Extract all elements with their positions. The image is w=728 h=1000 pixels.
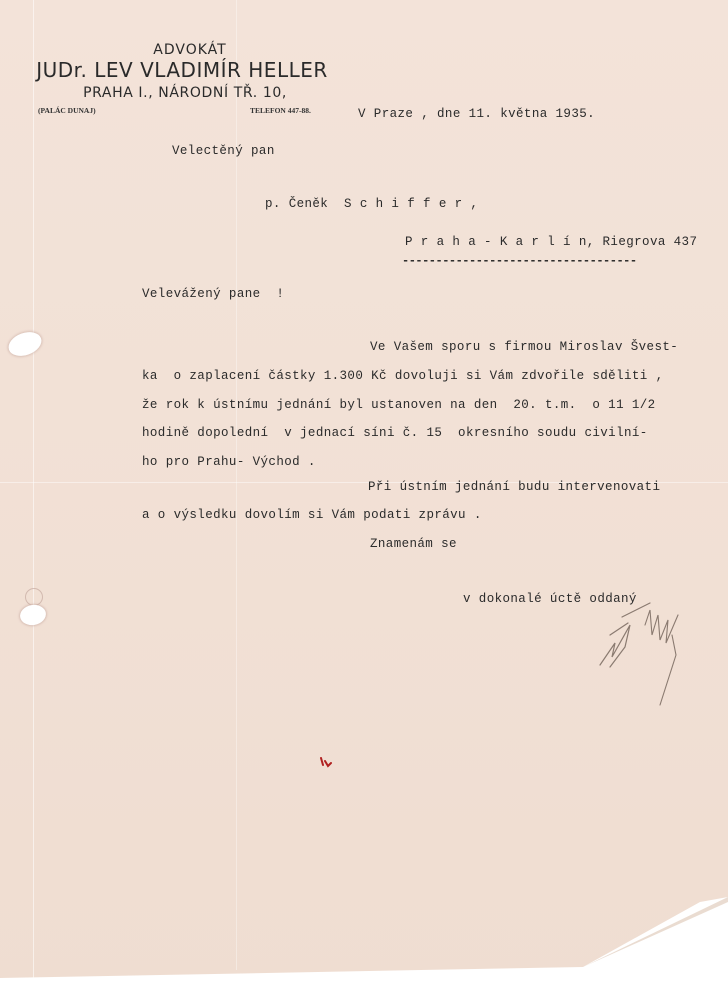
body-line-2: ka o zaplacení částky 1.300 Kč dovoluji …: [142, 369, 663, 383]
handwritten-signature: [590, 595, 728, 715]
recipient-address: P r a h a - K a r l í n, Riegrova 437: [405, 235, 697, 249]
letterhead-address: PRAHA I., NÁRODNÍ TŘ. 10,: [70, 85, 300, 101]
letterhead-title: ADVOKÁT: [100, 42, 280, 58]
address-underline: -----------------------------------: [402, 254, 637, 268]
body-line-3: že rok k ústnímu jednání byl ustanoven n…: [142, 398, 656, 412]
body-line-4: hodině dopolední v jednací síni č. 15 ok…: [142, 426, 648, 440]
body-line-6: Při ústním jednání budu intervenovati: [368, 480, 660, 494]
recipient-name: p. Čeněk S c h i f f e r ,: [265, 197, 478, 211]
punch-hole-ring: [25, 588, 43, 606]
letter-paper: [0, 0, 728, 1000]
body-line-1: Ve Vašem sporu s firmou Miroslav Švest-: [370, 340, 678, 354]
red-ink-mark: [318, 756, 334, 768]
greeting: Velevážený pane !: [142, 287, 284, 301]
letterhead-building: (PALÁC DUNAJ): [38, 106, 96, 115]
place-date: V Praze , dne 11. května 1935.: [358, 107, 595, 121]
recipient-salutation: Velectěný pan: [172, 144, 275, 158]
fold-line-vertical: [33, 0, 34, 978]
letterhead-telephone: TELEFON 447-88.: [250, 106, 311, 115]
body-line-5: ho pro Prahu- Východ .: [142, 455, 316, 469]
letterhead-name: JUDr. LEV VLADIMÍR HELLER: [32, 58, 332, 82]
body-line-7: a o výsledku dovolím si Vám podati zpráv…: [142, 508, 482, 522]
closing-line-1: Znamenám se: [370, 537, 457, 551]
